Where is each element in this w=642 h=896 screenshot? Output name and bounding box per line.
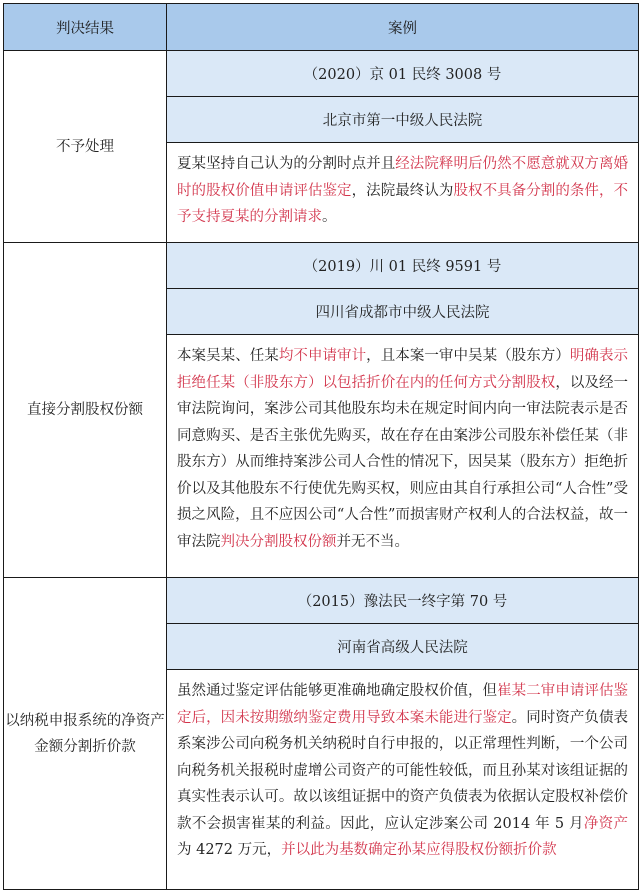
header-row: 判决结果 案例: [4, 4, 639, 51]
case-description: 虽然通过鉴定评估能够更准确地确定股权价值，但崔某二审申请评估鉴定后，因未按期缴纳…: [167, 670, 638, 872]
case-cell: （2019）川 01 民终 9591 号 四川省成都市中级人民法院 本案吴某、任…: [167, 243, 639, 578]
case-number: （2015）豫法民一终字第 70 号: [167, 578, 638, 624]
court-name: 北京市第一中级人民法院: [167, 97, 638, 143]
case-description: 夏某坚持自己认为的分割时点并且经法院释明后仍然不愿意就双方离婚时的股权价值申请评…: [167, 143, 638, 239]
case-table: 判决结果 案例 不予处理 （2020）京 01 民终 3008 号 北京市第一中…: [3, 3, 639, 890]
table-row: 以纳税申报系统的净资产金额分割折价款 （2015）豫法民一终字第 70 号 河南…: [4, 578, 639, 890]
description-text: 为 4272 万元，: [177, 842, 281, 858]
table-row: 不予处理 （2020）京 01 民终 3008 号 北京市第一中级人民法院 夏某…: [4, 51, 639, 243]
description-text: 夏某坚持自己认为的分割时点并且: [177, 156, 395, 172]
description-text: ，且本案一审中吴某（股东方）: [366, 348, 570, 364]
court-name: 四川省成都市中级人民法院: [167, 289, 638, 335]
result-cell: 不予处理: [4, 51, 167, 243]
description-text: 并无不当。: [337, 534, 410, 550]
description-text: ，法院最终认为: [352, 183, 454, 199]
court-name: 河南省高级人民法院: [167, 624, 638, 670]
header-case: 案例: [167, 4, 639, 51]
result-cell: 直接分割股权份额: [4, 243, 167, 578]
case-cell: （2015）豫法民一终字第 70 号 河南省高级人民法院 虽然通过鉴定评估能够更…: [167, 578, 639, 890]
table-row: 直接分割股权份额 （2019）川 01 民终 9591 号 四川省成都市中级人民…: [4, 243, 639, 578]
case-cell: （2020）京 01 民终 3008 号 北京市第一中级人民法院 夏某坚持自己认…: [167, 51, 639, 243]
result-cell: 以纳税申报系统的净资产金额分割折价款: [4, 578, 167, 890]
case-description: 本案吴某、任某均不申请审计，且本案一审中吴某（股东方）明确表示拒绝任某（非股东方…: [167, 335, 638, 563]
description-text: 本案吴某、任某: [177, 348, 279, 364]
description-text: 。同时资产负债表系案涉公司向税务机关纳税时自行申报的，以正常理性判断，一个公司向…: [177, 710, 628, 832]
description-text: ，以及经一审法院询问，案涉公司其他股东均未在规定时间内向一审法院表示是否同意购买…: [177, 375, 628, 550]
description-text: 虽然通过鉴定评估能够更准确地确定股权价值，但: [177, 683, 497, 699]
case-number: （2020）京 01 民终 3008 号: [167, 51, 638, 97]
highlighted-text: 净资产: [584, 816, 628, 832]
case-number: （2019）川 01 民终 9591 号: [167, 243, 638, 289]
description-text: 。: [322, 209, 337, 225]
highlighted-text: 判决分割股权份额: [221, 534, 337, 550]
highlighted-text: 均不申请审计: [279, 348, 366, 364]
highlighted-text: 并以此为基数确定孙某应得股权份额折价款: [281, 842, 557, 858]
header-result: 判决结果: [4, 4, 167, 51]
